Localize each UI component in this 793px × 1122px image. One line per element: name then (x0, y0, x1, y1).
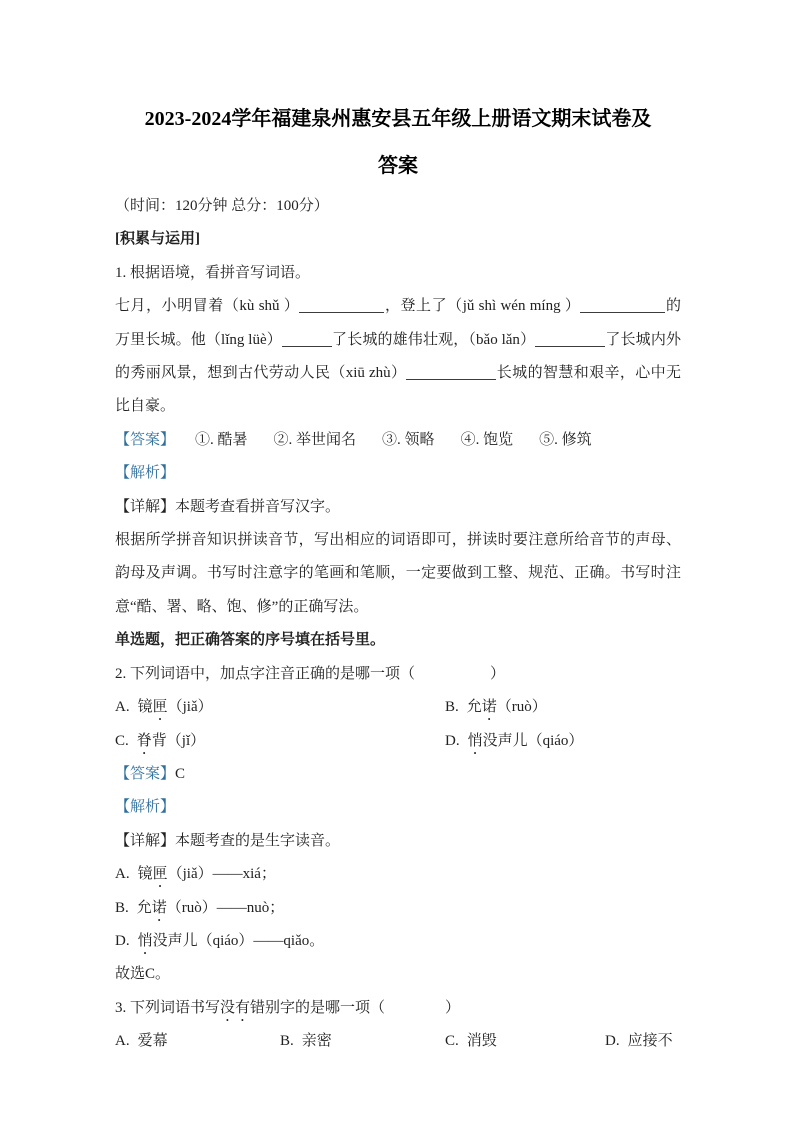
q2-option-c-label: C. (115, 733, 129, 749)
q2-answer-value: C (175, 766, 185, 782)
q2-analysis-b-dotted-char: 诺 (152, 900, 167, 916)
q2-option-d-dotted-char: 悄 (468, 733, 483, 749)
q2-analysis-a-post: （jiǎ）——xiá； (168, 866, 276, 882)
title-line-2: 答案 (115, 143, 681, 190)
q2-option-a-dotted-char: 匣 (153, 699, 168, 715)
q2-analysis-b-post: （ruò）——nuò； (167, 900, 285, 916)
q2-option-c-dotted-char: 脊 (137, 733, 152, 749)
q1-answer-row: 【答案】①. 酷暑②. 举世闻名③. 领略④. 饱览⑤. 修筑 (115, 424, 681, 457)
q2-analysis-d-post: 没声儿（qiáo）——qiǎo。 (153, 933, 325, 949)
q1-answer-item-5: ⑤. 修筑 (539, 432, 592, 448)
answer-label: 【答案】 (115, 432, 175, 448)
q2-option-b: B.允诺（ruò） (445, 691, 681, 724)
q3-option-c-label: C. (445, 1033, 459, 1049)
q2-answer-row: 【答案】C (115, 758, 681, 791)
q2-analysis-line-b: B.允诺（ruò）——nuò； (115, 892, 681, 925)
q1-answer-item-1: ①. 酷暑 (195, 432, 248, 448)
q2-option-b-dotted-char: 诺 (482, 699, 497, 715)
q2-options-grid: A.镜匣（jiǎ） B.允诺（ruò） C.脊背（jǐ） D.悄没声儿（qiáo… (115, 691, 681, 758)
q2-option-c: C.脊背（jǐ） (115, 725, 445, 758)
q2-option-d-post: 没声儿（qiáo） (483, 733, 584, 749)
q3-option-a: A.爱幕 (115, 1025, 280, 1058)
q2-stem: 2. 下列词语中，加点字注音正确的是哪一项（ ） (115, 658, 681, 691)
q1-stem: 1. 根据语境，看拼音写词语。 (115, 257, 681, 290)
q3-option-d-label: D. (605, 1033, 620, 1049)
q2-option-a-post: （jiǎ） (168, 699, 213, 715)
q3-option-c: C.消毁 (445, 1025, 605, 1058)
q2-analysis-line-d: D.悄没声儿（qiáo）——qiǎo。 (115, 925, 681, 958)
section-heading-single-choice: 单选题，把正确答案的序号填在括号里。 (115, 624, 681, 657)
q3-stem-post: 错别字的是哪一项（ ） (250, 1000, 460, 1016)
q2-option-a: A.镜匣（jiǎ） (115, 691, 445, 724)
q2-option-c-post: 背（jǐ） (152, 733, 205, 749)
q3-stem-dotted-chars: 没有 (220, 1000, 250, 1016)
q2-analysis-a-dotted-char: 匣 (153, 866, 168, 882)
q2-answer-label: 【答案】 (115, 766, 175, 782)
q1-answer-item-4: ④. 饱览 (461, 432, 514, 448)
q3-stem: 3. 下列词语书写没有错别字的是哪一项（ ） (115, 992, 681, 1025)
document-title: 2023-2024学年福建泉州惠安县五年级上册语文期末试卷及 答案 (115, 96, 681, 190)
q2-analysis-d-label: D. (115, 933, 130, 949)
q2-analysis-d-dotted-char: 悄 (138, 933, 153, 949)
page-content: 2023-2024学年福建泉州惠安县五年级上册语文期末试卷及 答案 （时间：12… (0, 0, 793, 1059)
q2-option-d-label: D. (445, 733, 460, 749)
q3-option-b-label: B. (280, 1033, 294, 1049)
q3-option-b: B.亲密 (280, 1025, 445, 1058)
q2-analysis-b-pre: 允 (137, 900, 152, 916)
q1-answer-item-2: ②. 举世闻名 (274, 432, 357, 448)
q3-stem-pre: 3. 下列词语书写 (115, 1000, 220, 1016)
exam-time-score-info: （时间：120分钟 总分：100分） (115, 190, 681, 223)
q2-option-b-post: （ruò） (497, 699, 547, 715)
q2-option-d: D.悄没声儿（qiáo） (445, 725, 681, 758)
q3-options-grid: A.爱幕 B.亲密 C.消毁 D.应接不 (115, 1025, 681, 1058)
q1-text-segment-2: ，登上了（jǔ shì wén míng ） (384, 298, 580, 314)
q3-option-d-text: 应接不 (628, 1033, 673, 1049)
blank-line-3 (282, 332, 332, 347)
q2-analysis-a-label: A. (115, 866, 130, 882)
blank-line-4 (535, 332, 605, 347)
q1-analysis-label: 【解析】 (115, 457, 681, 490)
q1-text-segment-1: 七月，小明冒着（kù shǔ ） (115, 298, 299, 314)
q2-analysis-label: 【解析】 (115, 791, 681, 824)
q3-option-a-label: A. (115, 1033, 130, 1049)
q3-option-c-text: 消毁 (467, 1033, 497, 1049)
q2-conclusion: 故选C。 (115, 958, 681, 991)
q1-answer-item-3: ③. 领略 (382, 432, 435, 448)
q1-fill-blank-paragraph: 七月，小明冒着（kù shǔ ），登上了（jǔ shì wén míng ）的万… (115, 290, 681, 424)
q2-option-a-pre: 镜 (138, 699, 153, 715)
blank-line-1 (299, 298, 384, 313)
q3-option-a-text: 爱幕 (138, 1033, 168, 1049)
q3-option-b-text: 亲密 (302, 1033, 332, 1049)
exam-document-page: 2023-2024学年福建泉州惠安县五年级上册语文期末试卷及 答案 （时间：12… (0, 0, 793, 1122)
q2-detail-line: 【详解】本题考查的是生字读音。 (115, 825, 681, 858)
q3-option-d: D.应接不 (605, 1025, 681, 1058)
q2-option-b-label: B. (445, 699, 459, 715)
section-heading-accumulation: [积累与运用] (115, 223, 681, 256)
q2-option-a-label: A. (115, 699, 130, 715)
q1-explanation-paragraph: 根据所学拼音知识拼读音节，写出相应的词语即可，拼读时要注意所给音节的声母、韵母及… (115, 524, 681, 624)
q2-analysis-line-a: A.镜匣（jiǎ）——xiá； (115, 858, 681, 891)
blank-line-5 (406, 365, 496, 380)
q2-analysis-b-label: B. (115, 900, 129, 916)
q2-analysis-a-pre: 镜 (138, 866, 153, 882)
q1-text-segment-4: 了长城的雄伟壮观，（bǎo lǎn） (332, 332, 535, 348)
q2-option-b-pre: 允 (467, 699, 482, 715)
blank-line-2 (580, 298, 665, 313)
q1-detail-line: 【详解】本题考查看拼音写汉字。 (115, 491, 681, 524)
title-line-1: 2023-2024学年福建泉州惠安县五年级上册语文期末试卷及 (115, 96, 681, 143)
